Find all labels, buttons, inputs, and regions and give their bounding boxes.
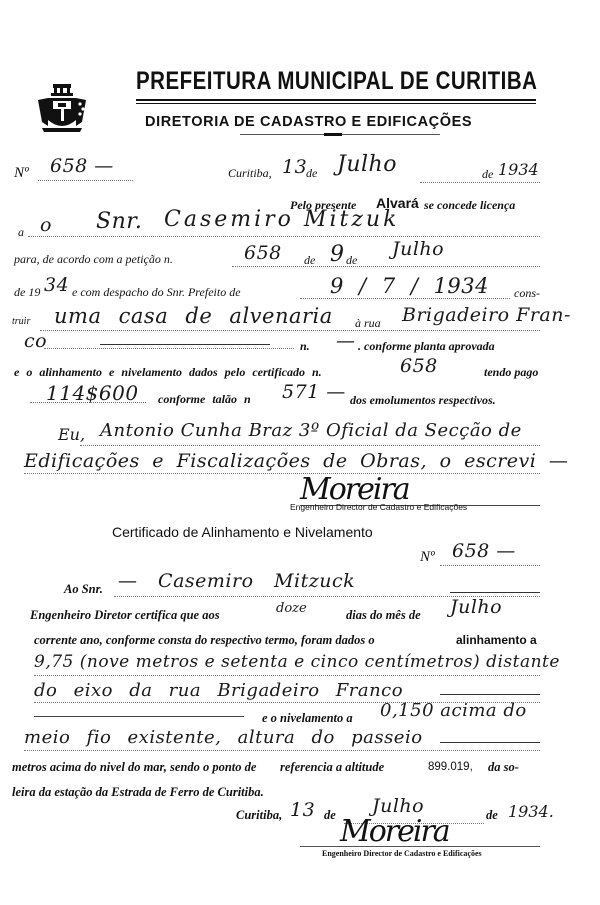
petition-text: para, de acordo com a petição n. [14,252,173,267]
dotted-line [34,675,540,676]
plan-approved-text: . conforme planta aprovada [358,339,495,354]
dash-line [34,716,244,717]
petition-number: 658 [244,242,282,264]
recipient-title: Snr. [96,209,142,234]
to-label: Ao Snr. [64,582,103,597]
leveling-reference: meio fio existente, altura do passeio [24,727,423,748]
document-title: PREFEITURA MUNICIPAL DE CURITIBA [136,67,537,96]
title-underline-2 [136,103,536,104]
dotted-line [38,180,133,181]
recipient-article: o [40,214,52,236]
alignment-text: e o alinhamento e nivelamento dados pelo… [14,365,322,380]
subtitle-underline-mark [324,133,342,136]
alvara-month: Julho [337,152,397,177]
street-name: Brigadeiro Fran- [402,304,571,326]
sea-level-suffix: da so- [488,760,519,775]
altitude-value: 899.019, [428,761,473,773]
certify-text: Engenheiro Diretor certifica que aos [30,608,220,623]
house-number-label: n. [300,339,310,354]
day-words: doze [276,601,307,616]
alvara-de2: de [482,167,493,182]
to-name: — Casemiro Mitzuck [118,570,355,592]
receipt-text: conforme talão n [158,392,251,407]
alvara-number-label: Nº [14,165,29,182]
dotted-line [420,182,540,183]
cert-place: Curitiba, [236,808,282,823]
signatory-caption: Engenheiro Director de Cadastro e Edific… [290,502,467,512]
dotted-line [28,236,540,237]
construction-prefix: truir [12,316,30,327]
cert-signatory-caption: Engenheiro Director de Cadastro e Edific… [322,849,482,858]
despacho-date: 9 / 7 / 1934 [330,274,489,298]
alvara-de1: de [306,166,317,181]
dotted-line [300,298,510,299]
paid-label: tendo pago [484,365,538,380]
leveling-text: e o nivelamento a [262,711,353,726]
alignment-reference: do eixo da rua Brigadeiro Franco [34,680,403,701]
coat-of-arms-icon [36,82,88,136]
alignment-value: 9,75 (nove metros e setenta e cinco cent… [34,652,560,672]
clerk-line-1: Antonio Cunha Braz 3º Oficial da Secção … [100,420,522,441]
clerk-line-2: Edificações e Fiscalizações de Obras, o … [24,450,568,472]
construction-description: uma casa de alvenaria [54,304,333,328]
despacho-text: e com despacho do Snr. Prefeito de [72,285,241,300]
dotted-line [30,402,146,403]
station-text: leira da estação da Estrada de Ferro de … [12,785,264,800]
dotted-line [24,750,540,751]
house-number: — [336,330,356,352]
dotted-line [40,330,540,331]
record-text: corrente ano, conforme consta do respect… [34,633,375,648]
despacho-prefix: de 19 [14,285,40,300]
dotted-line [440,565,540,566]
petition-month: Julho [392,238,444,260]
certificate-month: Julho [450,596,502,618]
alvara-number: 658 — [50,155,114,177]
dotted-line [80,445,540,446]
recipient-name: Casemiro Mitzuk [164,207,399,232]
title-underline [136,99,536,101]
cert-de2: de [486,808,498,823]
emoluments-text: dos emolumentos respectivos. [350,393,496,408]
document-subtitle: DIRETORIA DE CADASTRO E EDIFICAÇÕES [145,114,472,130]
dash-line [450,592,540,593]
cert-day: 13 [290,799,315,821]
alvara-place: Curitiba, [228,166,272,181]
line-prefix: a [18,225,24,240]
cert-year: 1934. [508,802,554,821]
leveling-value: 0,150 acima do [380,700,527,721]
clerk-prefix: Eu, [58,425,85,444]
alvara-year: 1934 [498,160,539,179]
cert-de1: de [324,808,336,823]
dash-line [440,694,540,695]
dash-line [440,742,540,743]
street-label: à rua [355,316,381,331]
certificate-number: 658 — [452,540,516,562]
reference-bold: referencia a altitude [280,760,384,775]
signature-line [300,846,540,847]
dotted-line [44,348,294,349]
month-label: dias do mês de [346,608,421,623]
certificate-number-label: Nº [420,549,435,566]
certificate-number: 658 [400,355,438,377]
alignment-bold: alinhamento a [456,633,537,647]
certificate-title: Certificado de Alinhamento e Nivelamento [112,524,373,540]
dotted-line [24,473,540,474]
alvara-day: 13 [282,156,307,178]
alvara-intro-end: se concede licença [424,198,515,213]
dash-line [100,344,270,345]
dotted-line [232,266,540,267]
petition-year: 34 [44,274,69,296]
petition-day: 9 [330,242,345,267]
sea-level-text: metros acima do nivel do mar, sendo o po… [12,760,256,775]
cert-director-signature: Moreira [340,814,449,849]
despacho-suffix: cons- [514,286,540,301]
receipt-number: 571 — [282,381,346,403]
